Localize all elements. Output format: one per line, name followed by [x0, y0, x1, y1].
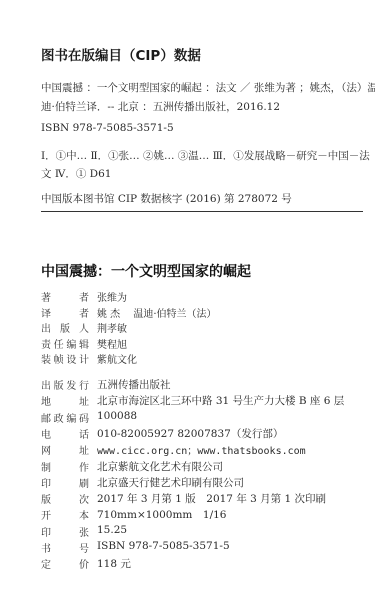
publication-label: 地址 — [41, 393, 89, 408]
publication-row: 印张15.25 — [41, 524, 127, 539]
credit-value: 樊程旭 — [97, 336, 127, 351]
publication-row: 开本710mm×1000mm 1/16 — [41, 507, 226, 522]
publication-value: 710mm×1000mm 1/16 — [97, 507, 226, 522]
publication-row: 版次2017 年 3 月第 1 版 2017 年 3 月第 1 次印刷 — [41, 491, 326, 506]
cip-verification-number: 中国版本图书馆 CIP 数据核字 (2016) 第 278072 号 — [41, 191, 292, 206]
publication-value: 100088 — [97, 410, 137, 425]
cip-entry-line-2: 迪·伯特兰译．-- 北京 ：五洲传播出版社，2016.12 — [41, 99, 280, 114]
credit-value: 张维为 — [97, 289, 127, 304]
publication-value: 五洲传播出版社 — [97, 377, 171, 392]
credit-label: 装帧设计 — [41, 351, 89, 366]
publication-label: 定价 — [41, 556, 89, 571]
credit-value: 紫航文化 — [97, 351, 137, 366]
publication-row: 出版发行五洲传播出版社 — [41, 377, 171, 392]
credit-label: 出版人 — [41, 320, 89, 335]
publication-value: 15.25 — [97, 524, 127, 539]
publication-row: 定价118 元 — [41, 556, 131, 571]
publication-label: 版次 — [41, 491, 89, 506]
cip-entry-line-1: 中国震撼 ：一个文明型国家的崛起 ：法文 ／ 张维为著 ；姚杰，（法）温 — [41, 80, 375, 95]
credit-value: 姚 杰 温迪·伯特兰（法） — [97, 305, 217, 320]
publication-row: 网址www.cicc.org.cn；www.thatsbooks.com — [41, 442, 306, 457]
publication-row: 地址北京市海淀区北三环中路 31 号生产力大楼 B 座 6 层 — [41, 393, 344, 408]
cip-heading: 图书在版编目（CIP）数据 — [41, 44, 201, 64]
publication-value: www.cicc.org.cn；www.thatsbooks.com — [97, 442, 306, 457]
publication-label: 书号 — [41, 540, 89, 555]
cip-isbn: ISBN 978-7-5085-3571-5 — [41, 122, 174, 134]
credit-row: 责任编辑樊程旭 — [41, 336, 127, 351]
publication-row: 书号ISBN 978-7-5085-3571-5 — [41, 540, 230, 555]
publication-label: 印张 — [41, 524, 89, 539]
publication-label: 出版发行 — [41, 377, 89, 392]
book-title: 中国震撼：一个文明型国家的崛起 — [41, 261, 251, 281]
credit-label: 译者 — [41, 305, 89, 320]
publication-value: 北京市海淀区北三环中路 31 号生产力大楼 B 座 6 层 — [97, 393, 344, 408]
credit-label: 责任编辑 — [41, 336, 89, 351]
credit-value: 荆孝敏 — [97, 320, 127, 335]
credit-row: 著者张维为 — [41, 289, 127, 304]
publication-label: 开本 — [41, 507, 89, 522]
publication-label: 制作 — [41, 459, 89, 474]
publication-row: 邮政编码100088 — [41, 410, 137, 425]
cip-classification-line-1: Ⅰ．①中… Ⅱ．①张… ②姚… ③温… Ⅲ．①发展战略－研究－中国－法 — [41, 148, 370, 163]
publication-label: 邮政编码 — [41, 410, 89, 425]
publication-row: 制作北京紫航文化艺术有限公司 — [41, 459, 223, 474]
publication-row: 印刷北京盛天行健艺术印刷有限公司 — [41, 475, 244, 490]
credit-row: 译者姚 杰 温迪·伯特兰（法） — [41, 305, 217, 320]
credit-label: 著者 — [41, 289, 89, 304]
publication-value: 010-82005927 82007837（发行部） — [97, 426, 283, 441]
publication-label: 电话 — [41, 426, 89, 441]
divider-rule — [41, 211, 363, 212]
publication-value: 2017 年 3 月第 1 版 2017 年 3 月第 1 次印刷 — [97, 491, 326, 506]
publication-row: 电话010-82005927 82007837（发行部） — [41, 426, 283, 441]
publication-label: 网址 — [41, 442, 89, 457]
credit-row: 装帧设计紫航文化 — [41, 351, 137, 366]
publication-value: ISBN 978-7-5085-3571-5 — [97, 540, 230, 555]
credit-row: 出版人荆孝敏 — [41, 320, 127, 335]
publication-label: 印刷 — [41, 475, 89, 490]
publication-value: 118 元 — [97, 556, 131, 571]
cip-classification-line-2: 文 Ⅳ．① D61 — [41, 166, 111, 181]
publication-value: 北京盛天行健艺术印刷有限公司 — [97, 475, 244, 490]
publication-value: 北京紫航文化艺术有限公司 — [97, 459, 223, 474]
